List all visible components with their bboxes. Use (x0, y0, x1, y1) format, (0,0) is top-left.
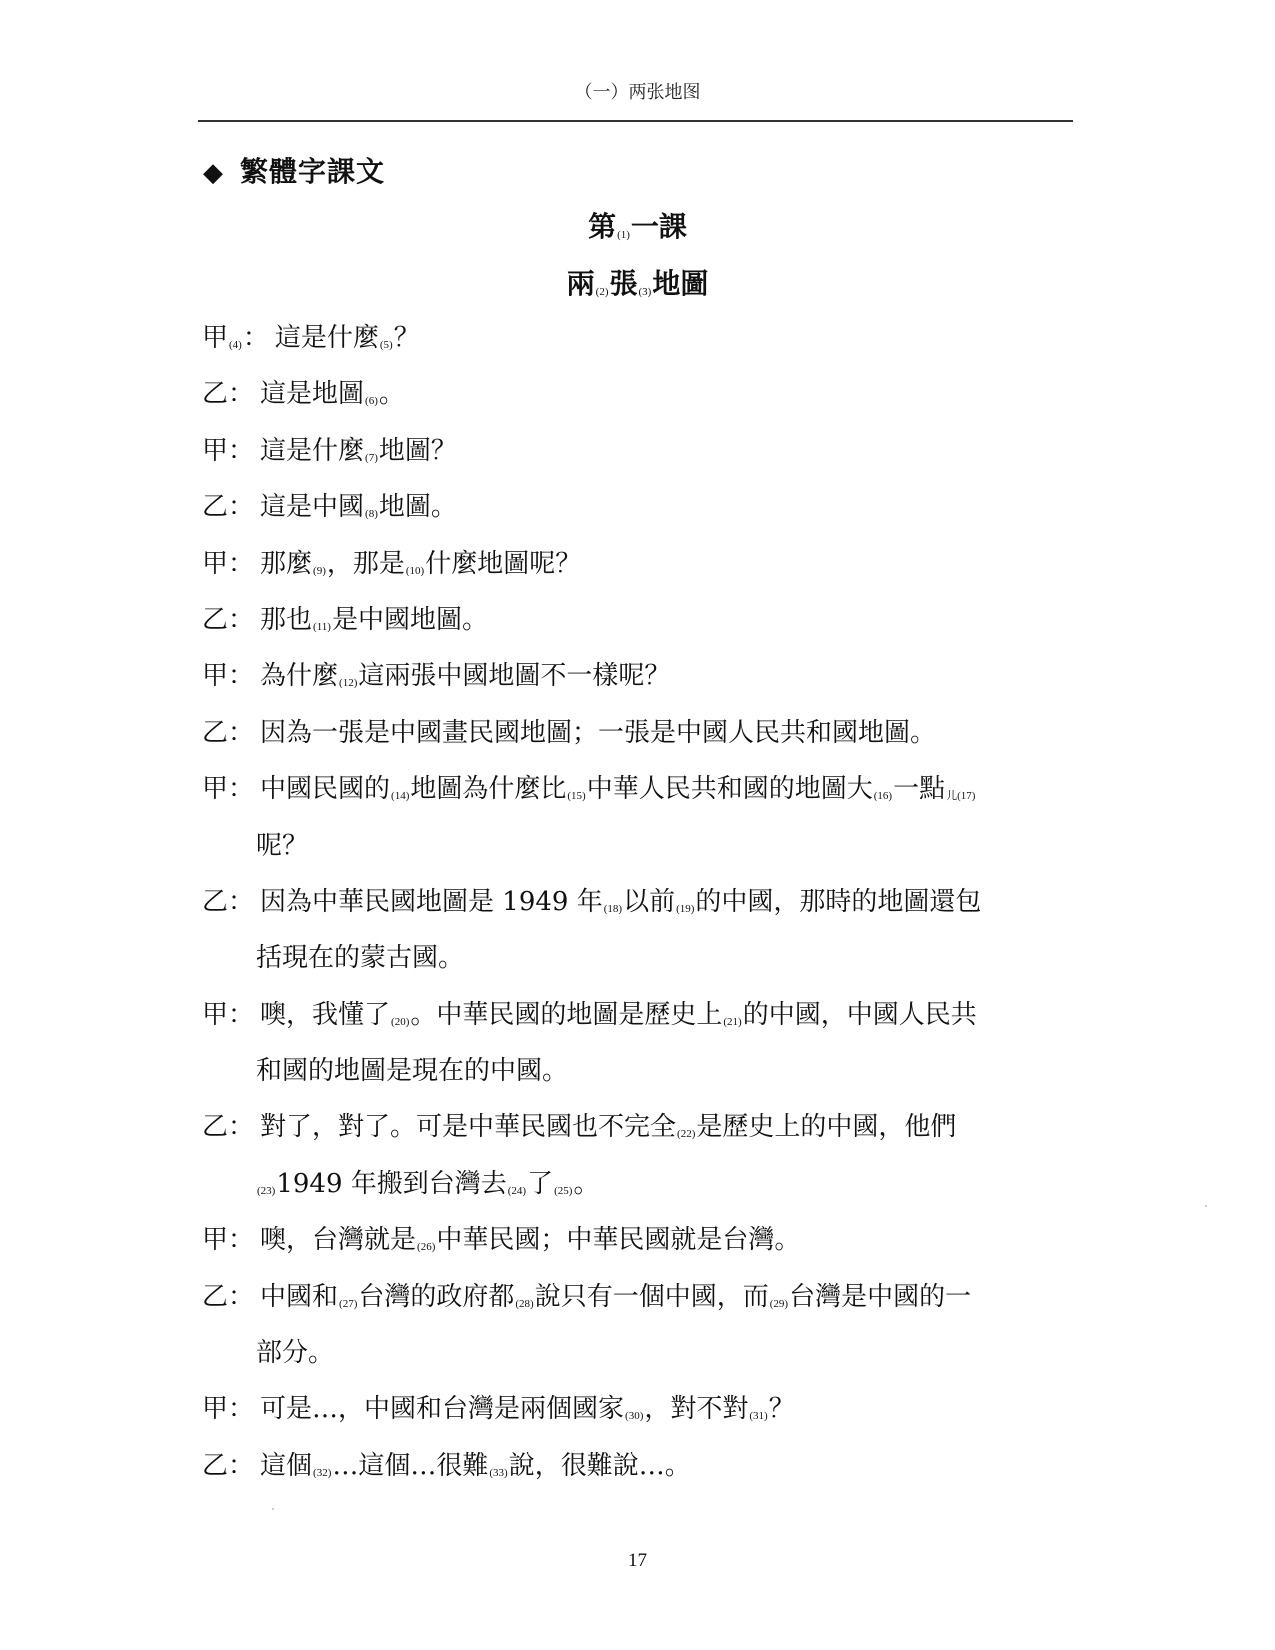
speaker-label: 乙 (202, 882, 228, 922)
dialogue-continuation-line: (23)1949 年搬到台灣去(24)了(25)。 (202, 1164, 1082, 1220)
text-run: ，那是 (327, 549, 405, 579)
text-run: 這個 (260, 1451, 312, 1481)
text-run: 噢，台灣就是 (260, 1225, 416, 1255)
dialogue-continuation-line: 括現在的蒙古國。 (202, 938, 1082, 994)
dialogue-line: 乙：那也(11)是中國地圖。 (202, 600, 1082, 656)
text-run: 台灣的政府都 (358, 1282, 514, 1312)
text-run: 括現在的蒙古國。 (256, 943, 464, 973)
text-run: 1949 年搬到台灣去 (276, 1169, 506, 1199)
vocab-note-marker: (2) (596, 286, 609, 298)
dialogue-line: 甲：中國民國的(14)地圖為什麼比(15)中華人民共和國的地圖大(16)一點儿(… (202, 769, 1082, 825)
speaker-colon: ： (228, 713, 254, 753)
vocab-note-marker: (19) (676, 903, 694, 915)
speaker-label: 甲 (202, 1220, 228, 1260)
speaker-colon: ： (228, 487, 254, 527)
dialogue-line: 乙：這是中國(8)地圖。 (202, 487, 1082, 543)
text-run: 中華人民共和國的地圖大 (587, 774, 873, 804)
scan-speck (272, 1508, 274, 1510)
speaker-label: 甲 (202, 769, 228, 809)
speaker-colon: ： (228, 1277, 254, 1317)
text-run: 。 (573, 1169, 599, 1199)
text-run: 地圖？ (379, 436, 457, 466)
text-run: 因為中華民國地圖是 1949 年 (260, 887, 603, 917)
text-run: 可是…，中國和台灣是兩個國家 (260, 1394, 624, 1424)
lesson-number: 第(1)一課 (0, 205, 1275, 245)
dialogue-line: 乙：這是地圖(6)。 (202, 374, 1082, 430)
speaker-label: 乙 (202, 374, 228, 414)
dialogue-line: 乙：對了，對了。可是中華民國也不完全(22)是歷史上的中國，他們 (202, 1107, 1082, 1163)
vocab-note-marker: (8) (365, 508, 378, 520)
text-run: 這是什麼 (260, 436, 364, 466)
text-run: 這是什麼 (275, 323, 379, 353)
text-run: 呢？ (256, 831, 308, 861)
speaker-colon: ： (243, 318, 269, 358)
diamond-bullet-icon: ◆ (203, 158, 224, 188)
text-run: 那也 (260, 605, 312, 635)
vocab-note-marker: (10) (406, 565, 424, 577)
dialogue-continuation-line: 和國的地圖是現在的中國。 (202, 1051, 1082, 1107)
running-header: （一）两张地图 (0, 78, 1275, 104)
speaker-label: 乙 (202, 1446, 228, 1486)
dialogue-line: 甲：為什麼(12)這兩張中國地圖不一樣呢？ (202, 656, 1082, 712)
vocab-note-marker: (6) (365, 395, 378, 407)
dialogue-line: 甲(4)：這是什麼(5)？ (202, 318, 1082, 374)
text-run: 地圖 (652, 267, 708, 300)
vocab-note-marker: (29) (770, 1298, 788, 1310)
speaker-label: 乙 (202, 487, 228, 527)
text-run: ？ (394, 323, 420, 353)
text-run: 部分。 (256, 1338, 334, 1368)
text-run: 。 (379, 379, 405, 409)
vocab-note-marker: (27) (339, 1298, 357, 1310)
text-run: ？ (769, 1394, 795, 1424)
speaker-colon: ： (228, 1220, 254, 1260)
vocab-note-marker: (22) (677, 1128, 695, 1140)
page-number: 17 (0, 1550, 1275, 1572)
text-run: 以前 (623, 887, 675, 917)
text-run: 中華民國；中華民國就是台灣。 (436, 1225, 800, 1255)
vocab-note-marker: (11) (313, 621, 331, 633)
text-run: 說只有一個中國，而 (535, 1282, 769, 1312)
section-heading: ◆繁體字課文 (203, 150, 385, 190)
text-run: 說，很難說…。 (509, 1451, 691, 1481)
dialogue-line: 甲：這是什麼(7)地圖？ (202, 431, 1082, 487)
speaker-colon: ： (228, 374, 254, 414)
dialogue-line: 乙：因為一張是中國畫民國地圖；一張是中國人民共和國地圖。 (202, 713, 1082, 769)
vocab-note-marker: (26) (417, 1241, 435, 1253)
text-run: 那麼 (260, 549, 312, 579)
vocab-note-marker: (7) (365, 452, 378, 464)
text-run: 一點 (893, 774, 945, 804)
text-run: 中國民國的 (260, 774, 390, 804)
vocab-note-marker: (30) (625, 1410, 643, 1422)
text-run: 這是地圖 (260, 379, 364, 409)
text-run: 張 (609, 267, 637, 300)
dialogue: 甲(4)：這是什麼(5)？乙：這是地圖(6)。甲：這是什麼(7)地圖？乙：這是中… (202, 318, 1082, 1502)
scan-speck (1205, 1205, 1207, 1207)
text-run: 地圖。 (379, 492, 457, 522)
speaker-colon: ： (228, 656, 254, 696)
text-run: ，對不對 (644, 1394, 748, 1424)
dialogue-line: 乙：這個(32)…這個…很難(33)說，很難說…。 (202, 1446, 1082, 1502)
vocab-note-marker: (25) (554, 1185, 572, 1197)
dialogue-line: 甲：噢，台灣就是(26)中華民國；中華民國就是台灣。 (202, 1220, 1082, 1276)
vocab-note-marker: (5) (380, 339, 393, 351)
speaker-colon: ： (228, 1446, 254, 1486)
speaker-colon: ： (228, 600, 254, 640)
vocab-note-marker: (16) (874, 790, 892, 802)
text-run: 。中華民國的地圖是歷史上 (410, 1000, 722, 1030)
text-run: 是歷史上的中國，他們 (696, 1112, 956, 1142)
speaker-label: 甲 (202, 995, 228, 1035)
vocab-note-marker: (32) (313, 1467, 331, 1479)
text-run: 這是中國 (260, 492, 364, 522)
vocab-note-marker: (3) (639, 286, 652, 298)
speaker-label: 乙 (202, 1277, 228, 1317)
speaker-colon: ： (228, 1107, 254, 1147)
text-run: 這兩張中國地圖不一樣呢？ (358, 661, 670, 691)
vocab-note-marker: (18) (604, 903, 622, 915)
text-run: 和國的地圖是現在的中國。 (256, 1056, 568, 1086)
text-run: 對了，對了。可是中華民國也不完全 (260, 1112, 676, 1142)
vocab-note-marker: (1) (617, 229, 630, 241)
vocab-note-marker: (15) (567, 790, 585, 802)
text-run: 因為一張是中國畫民國地圖；一張是中國人民共和國地圖。 (260, 718, 936, 748)
text-run: 中國和 (260, 1282, 338, 1312)
speaker-colon: ： (228, 544, 254, 584)
text-run: 地圖為什麼比 (410, 774, 566, 804)
text-run: 什麼地圖呢？ (425, 549, 581, 579)
vocab-note-marker: (14) (391, 790, 409, 802)
vocab-note-marker: (31) (749, 1410, 767, 1422)
speaker-colon: ： (228, 431, 254, 471)
vocab-note-marker: (21) (723, 1016, 741, 1028)
text-run: 的中國，那時的地圖還包 (695, 887, 981, 917)
text-run: 了 (527, 1169, 553, 1199)
speaker-label: 乙 (202, 600, 228, 640)
text-run: 為什麼 (260, 661, 338, 691)
speaker-label: 甲 (202, 544, 228, 584)
lesson-title: 兩(2)張(3)地圖 (0, 262, 1275, 302)
speaker-colon: ： (228, 882, 254, 922)
text-run: 台灣是中國的一 (789, 1282, 971, 1312)
vocab-note-marker: (4) (229, 339, 242, 351)
text-run: …這個…很難 (332, 1451, 488, 1481)
text-run: 一課 (631, 210, 687, 243)
speaker-colon: ： (228, 1389, 254, 1429)
dialogue-continuation-line: 部分。 (202, 1333, 1082, 1389)
text-run: 兩 (567, 267, 595, 300)
text-run: 噢，我懂了 (260, 1000, 390, 1030)
text-run: 第 (588, 210, 616, 243)
vocab-note-marker: (23) (257, 1185, 275, 1197)
dialogue-line: 甲：那麼(9)，那是(10)什麼地圖呢？ (202, 544, 1082, 600)
vocab-note-marker: (12) (339, 677, 357, 689)
dialogue-continuation-line: 呢？ (202, 826, 1082, 882)
vocab-note-marker: 儿(17) (946, 790, 975, 802)
vocab-note-marker: (20) (391, 1016, 409, 1028)
speaker-colon: ： (228, 995, 254, 1035)
dialogue-line: 甲：噢，我懂了(20)。中華民國的地圖是歷史上(21)的中國，中國人民共 (202, 995, 1082, 1051)
vocab-note-marker: (28) (515, 1298, 533, 1310)
vocab-note-marker: (24) (508, 1185, 526, 1197)
header-rule (198, 120, 1073, 122)
speaker-label: 甲 (202, 656, 228, 696)
vocab-note-marker: (9) (313, 565, 326, 577)
speaker-label: 乙 (202, 713, 228, 753)
text-run: 是中國地圖。 (332, 605, 488, 635)
dialogue-line: 乙：因為中華民國地圖是 1949 年(18)以前(19)的中國，那時的地圖還包 (202, 882, 1082, 938)
speaker-label: 甲 (202, 431, 228, 471)
speaker-label: 甲 (202, 318, 228, 358)
speaker-label: 乙 (202, 1107, 228, 1147)
text-run: 的中國，中國人民共 (743, 1000, 977, 1030)
section-heading-text: 繁體字課文 (240, 155, 385, 188)
speaker-colon: ： (228, 769, 254, 809)
dialogue-line: 甲：可是…，中國和台灣是兩個國家(30)，對不對(31)？ (202, 1389, 1082, 1445)
dialogue-line: 乙：中國和(27)台灣的政府都(28)說只有一個中國，而(29)台灣是中國的一 (202, 1277, 1082, 1333)
speaker-label: 甲 (202, 1389, 228, 1429)
vocab-note-marker: (33) (489, 1467, 507, 1479)
